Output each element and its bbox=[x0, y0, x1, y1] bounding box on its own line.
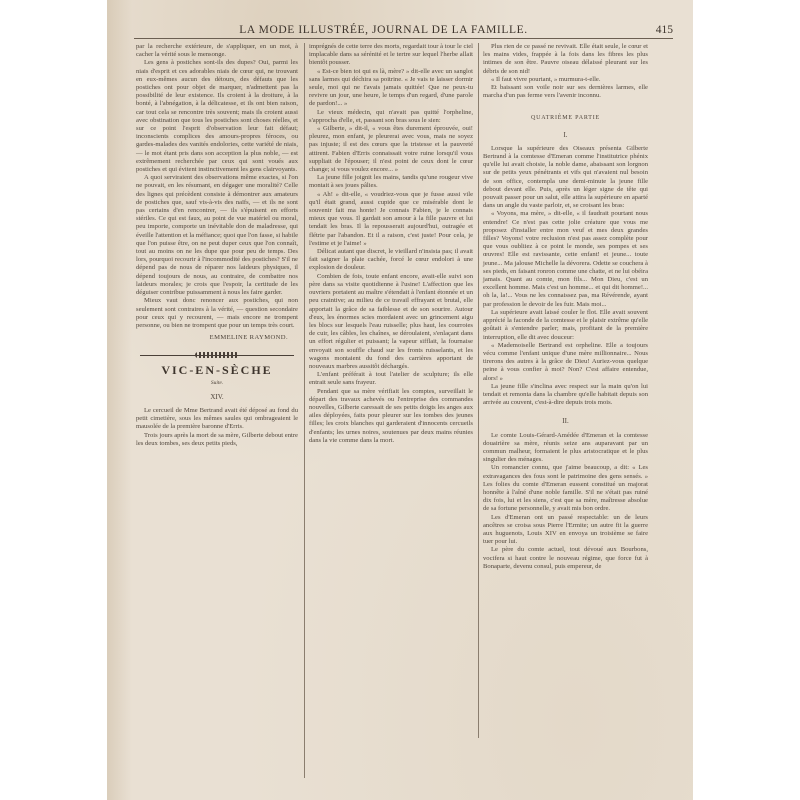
newspaper-page: LA MODE ILLUSTRÉE, JOURNAL DE LA FAMILLE… bbox=[107, 0, 693, 800]
paragraph: imprégnés de cette terre des morts, rega… bbox=[309, 43, 473, 68]
paragraph: « Voyons, ma mère, » dit-elle, « il faud… bbox=[483, 210, 648, 308]
column-2: imprégnés de cette terre des morts, rega… bbox=[309, 43, 473, 445]
paragraph: « Gilberte, » dit-il, « vous êtes dureme… bbox=[309, 125, 473, 174]
story-subtitle: Suite. bbox=[136, 379, 298, 387]
paragraph: Lorsque la supérieure des Oiseaux présen… bbox=[483, 145, 648, 211]
journal-title: LA MODE ILLUSTRÉE, JOURNAL DE LA FAMILLE… bbox=[134, 24, 633, 36]
story-title: VIC-EN-SÈCHE bbox=[136, 366, 298, 374]
paragraph: « Mademoiselle Bertrand est orpheline. E… bbox=[483, 342, 648, 383]
chapter-number: XIV. bbox=[136, 393, 298, 401]
column-divider bbox=[304, 43, 305, 778]
paragraph: Les d'Emeran ont un passé respectable: u… bbox=[483, 514, 648, 547]
paragraph: Et baissant son voile noir sur ses derni… bbox=[483, 84, 648, 100]
paragraph: Le cercueil de Mme Bertrand avait été dé… bbox=[136, 407, 298, 432]
author-signature: EMMELINE RAYMOND. bbox=[136, 334, 298, 342]
paragraph: « Est-ce bien toi qui es là, mère? » dit… bbox=[309, 68, 473, 109]
paragraph: « Il faut vivre pourtant, » murmura-t-el… bbox=[483, 76, 648, 84]
paragraph: Le vieux médecin, qui n'avait pas quitté… bbox=[309, 109, 473, 125]
paragraph: La supérieure avait laissé couler le flo… bbox=[483, 309, 648, 342]
page-number: 415 bbox=[656, 24, 673, 36]
column-3: Plus rien de ce passé ne revivait. Elle … bbox=[483, 43, 648, 571]
page-header: LA MODE ILLUSTRÉE, JOURNAL DE LA FAMILLE… bbox=[134, 18, 673, 39]
paragraph: Les gens à postiches sont-ils des dupes?… bbox=[136, 59, 298, 174]
paragraph: Le comte Louis-Gérard-Amédée d'Emeran et… bbox=[483, 432, 648, 465]
paragraph: Pendant que sa mère vérifiait les compte… bbox=[309, 388, 473, 445]
chapter-number: I. bbox=[483, 131, 648, 139]
column-1: par la recherche extérieure, de s'appliq… bbox=[136, 43, 298, 448]
paragraph: Trois jours après la mort de sa mère, Gi… bbox=[136, 432, 298, 448]
ornament-divider bbox=[140, 354, 294, 358]
part-title: QUATRIÈME PARTIE bbox=[483, 114, 648, 122]
paragraph: par la recherche extérieure, de s'appliq… bbox=[136, 43, 298, 59]
paragraph: Le père du comte actuel, tout dévoué aux… bbox=[483, 546, 648, 571]
paragraph: Un romancier connu, que j'aime beaucoup,… bbox=[483, 464, 648, 513]
paragraph: La jeune fille joignit les mains, tandis… bbox=[309, 174, 473, 190]
paragraph: Délicat autant que discret, le vieillard… bbox=[309, 248, 473, 273]
paragraph: Plus rien de ce passé ne revivait. Elle … bbox=[483, 43, 648, 76]
paragraph: La jeune fille s'inclina avec respect su… bbox=[483, 383, 648, 408]
paragraph: A quoi serviraient des observations même… bbox=[136, 174, 298, 297]
paragraph: « Ah! » dit-elle, « voudriez-vous que je… bbox=[309, 191, 473, 248]
column-divider bbox=[478, 43, 479, 738]
paragraph: Combien de fois, toute enfant encore, av… bbox=[309, 273, 473, 371]
chapter-number: II. bbox=[483, 417, 648, 425]
paragraph: Mieux vaut donc renoncer aux postiches, … bbox=[136, 297, 298, 330]
paragraph: L'enfant préférait à tout l'atelier de s… bbox=[309, 371, 473, 387]
